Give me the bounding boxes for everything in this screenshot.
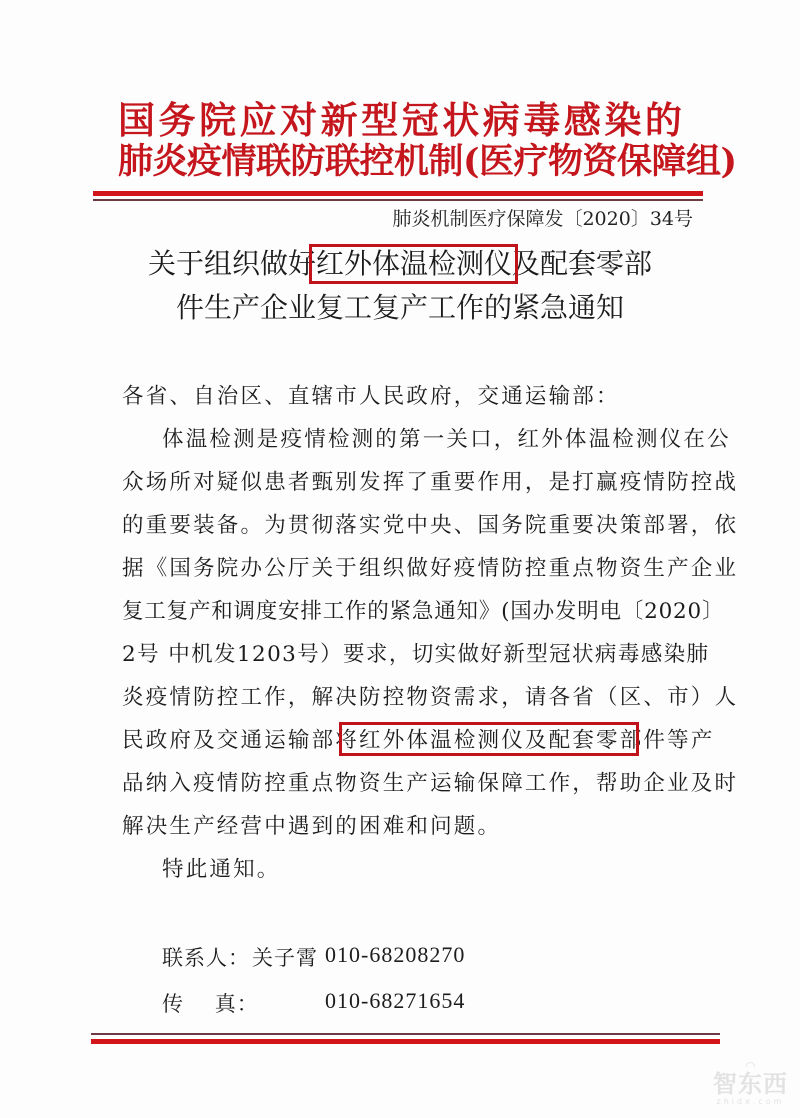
fax-number: 010-68271654 [325, 988, 465, 1014]
header-char: 型 [361, 100, 398, 140]
body-line: 的重要装备。为贯彻落实党中央、国务院重要决策部署，依 [122, 511, 678, 541]
contact-phone: 010-68208270 [325, 942, 465, 968]
header-line-2-text: 肺炎疫情联防联控机制(医疗物资保障组) [118, 142, 682, 182]
document-number: 肺炎机制医疗保障发〔2020〕34号 [392, 204, 693, 231]
body-line: 品纳入疫情防控重点物资生产运输保障工作，帮助企业及时 [122, 769, 678, 799]
highlight-box-title [309, 244, 518, 284]
body-line: 解决生产经营中遇到的困难和问题。 [122, 812, 678, 842]
footer-rule-thin [91, 1033, 720, 1035]
header-char: 感 [564, 100, 601, 140]
fax-label: 传 真： [162, 988, 259, 1018]
body-text: 民政府及交通运输部将 [122, 728, 359, 753]
closing-line: 特此通知。 [162, 855, 678, 885]
body-line: 体温检测是疫情检测的第一关口，红外体温检测仪在公 [162, 425, 678, 455]
salutation: 各省、自治区、直辖市人民政府，交通运输部： [122, 382, 678, 412]
body-line: 据《国务院办公厅关于组织做好疫情防控重点物资生产企业 [122, 554, 678, 584]
body-line: 2号 中机发1203号）要求，切实做好新型冠状病毒感染肺 [122, 640, 678, 670]
header-char: 院 [199, 100, 236, 140]
header-char: 染 [604, 100, 641, 140]
body-line: 复工复产和调度安排工作的紧急通知》(国办发明电〔2020〕 [122, 597, 678, 627]
header-char: 应 [240, 100, 277, 140]
header-char: 新 [321, 100, 358, 140]
title-text: 及配套零部 [512, 247, 652, 280]
contact-label: 联系人： [162, 942, 250, 972]
header-char: 国 [118, 100, 155, 140]
body-line: 众场所对疑似患者甄别发挥了重要作用，是打赢疫情防控战 [122, 468, 678, 498]
notice-title-line-2: 件生产企业复工复产工作的紧急通知 [0, 289, 800, 327]
header-char: 病 [483, 100, 520, 140]
watermark-site: zhidx.com [713, 1097, 788, 1106]
title-text: 关于组织做好 [148, 247, 316, 280]
contact-name: 关子霄 [252, 942, 318, 972]
body-text: 等产 [667, 728, 714, 753]
header-char: 状 [442, 100, 479, 140]
header-char: 冠 [402, 100, 439, 140]
header-char: 务 [159, 100, 196, 140]
issuing-authority-line-1: 国 务 院 应 对 新 型 冠 状 病 毒 感 染 的 [118, 100, 682, 140]
header-char: 毒 [523, 100, 560, 140]
body-line: 炎疫情防控工作，解决防控物资需求，请各省（区、市）人 [122, 683, 678, 713]
watermark: ◠ 智东西 zhidx.com [713, 1061, 788, 1106]
watermark-brand: 智东西 [713, 1071, 788, 1097]
issuing-authority-line-2: 肺炎疫情联防联控机制(医疗物资保障组) [118, 142, 682, 182]
header-char: 对 [280, 100, 317, 140]
footer-rule-thick [91, 1039, 720, 1044]
header-rule-thin [93, 199, 703, 201]
header-char: 的 [645, 100, 682, 140]
header-rule-thick [93, 191, 703, 196]
highlight-box-body [339, 722, 639, 756]
